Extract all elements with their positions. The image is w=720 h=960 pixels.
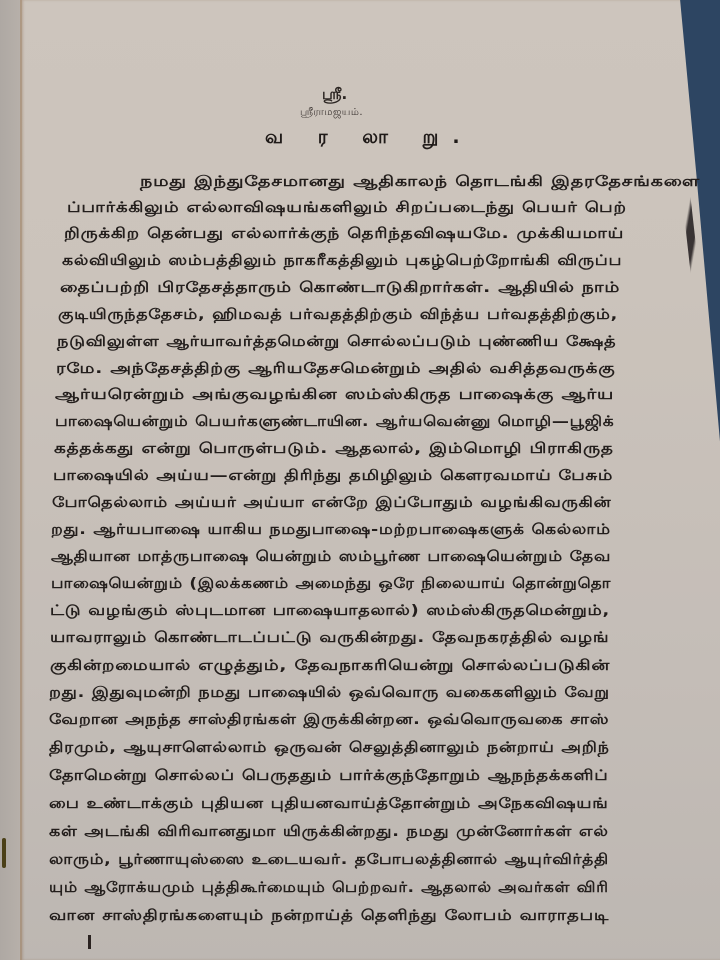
- text-line: லாரும், பூர்ணாயுஸ்ஸை உடையவர். தபோபலத்தின…: [49, 852, 609, 870]
- text-line: றது. இதுவுமன்றி நமது பாஷையில் ஒவ்வொரு வக…: [49, 685, 610, 703]
- subtitle: ஸ்ரீராமஜயம்.: [300, 107, 363, 119]
- text-line: தைப்பற்றி பிரதேசத்தாரும் கொண்டாடுகிறார்க…: [60, 280, 620, 298]
- text-line: கள் அடங்கி விரிவானதுமா யிருக்கின்றது. நம…: [49, 824, 609, 842]
- text-line: திரமும், ஆயுசாளெல்லாம் ஒருவன் செலுத்தினா…: [49, 740, 610, 758]
- binding-stain: [2, 838, 6, 868]
- photo-scene: ஸ்ரீ. ஸ்ரீராமஜயம். வ ர லா று. நமது இந்து…: [0, 0, 720, 960]
- page-binding-edge: [20, 0, 22, 960]
- text-line: கல்வியிலும் ஸம்பத்திலும் நாகரீகத்திலும் …: [62, 253, 622, 271]
- text-line: பாஷையென்றும் (இலக்கணம் அமைந்து ஒரே நிலைய…: [51, 576, 611, 594]
- text-line: கத்தக்கது என்று பொருள்படும். ஆதலால், இம்…: [54, 441, 614, 459]
- text-line: றிருக்கிற தென்பது எல்லார்க்குந் தெரிந்தவ…: [64, 226, 624, 244]
- text-line: ஆர்யரென்றும் அங்குவழங்கின ஸம்ஸ்கிருத பாஷ…: [55, 387, 614, 405]
- text-line: நடுவிலுள்ள ஆர்யாவர்த்தமென்று சொல்லப்படும…: [57, 334, 616, 352]
- text-line: நமது இந்துதேசமானது ஆதிகாலந் தொடங்கி இதரத…: [140, 174, 700, 192]
- text-line: ஆதியான மாத்ருபாஷை யென்றும் ஸம்பூர்ண பாஷை…: [51, 549, 611, 567]
- text-line: குடியிருந்ததேசம், ஹிமவத் பர்வதத்திற்கும்…: [58, 307, 618, 325]
- text-line: யாவராலும் கொண்டாடப்பட்டு வருகின்றது. தேவ…: [50, 630, 609, 648]
- text-line: பை உண்டாக்கும் புதியன புதியனவாய்த்தோன்று…: [49, 796, 609, 814]
- text-line: றது. ஆர்யபாஷை யாகிய நமதுபாஷை-மற்றபாஷைகளு…: [51, 522, 611, 540]
- text-line: ட்டு வழங்கும் ஸ்புடமான பாஷையாதலால்) ஸம்ஸ…: [50, 603, 610, 621]
- invocation: ஸ்ரீ.: [322, 85, 347, 105]
- text-line: பாஷையில் அய்ய—என்று திரிந்து தமிழிலும் க…: [53, 468, 613, 486]
- text-line: ரமே. அந்தேசத்திற்கு ஆரியதேசமென்றும் அதில…: [56, 361, 615, 379]
- page-marker: [88, 935, 91, 949]
- text-line: குகின்றமையால் எழுத்தும், தேவநாகரியென்று …: [50, 658, 610, 676]
- text-line: வேறான அநந்த சாஸ்திரங்கள் இருக்கின்றன. ஒவ…: [49, 712, 609, 730]
- text-line: ப்பார்க்கிலும் எல்லாவிஷயங்களிலும் சிறப்ப…: [67, 200, 627, 218]
- page-title: வ ர லா று.: [265, 126, 474, 151]
- text-line: போதெல்லாம் அய்யர் அய்யா என்றே இப்போதும் …: [52, 495, 611, 513]
- text-line: தோமென்று சொல்லப் பெருததும் பார்க்குந்தோற…: [49, 768, 608, 786]
- text-line: யும் ஆரோக்யமும் புத்திகூர்மையும் பெற்றவர…: [49, 880, 609, 898]
- text-line: பாஷையென்றும் பெயர்களுண்டாயின. ஆர்யவென்னு…: [55, 414, 614, 432]
- text-line: வான சாஸ்திரங்களையும் நன்றாய்த் தெளிந்து …: [49, 908, 609, 926]
